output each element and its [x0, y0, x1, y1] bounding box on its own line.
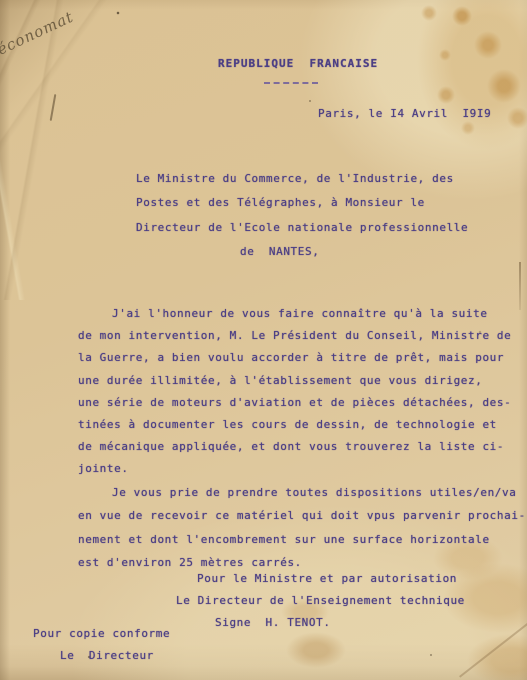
- letter-page: économat REPUBLIQUE FRANCAISE Paris, le …: [0, 0, 527, 680]
- right-edge-crease: [519, 262, 521, 310]
- corner-fold-crease: [459, 608, 527, 677]
- handwritten-annotation: économat: [0, 0, 120, 59]
- typed-line: Le Ministre du Commerce, de l'Industrie,…: [136, 167, 468, 191]
- typed-line: Postes et des Télégraphes, à Monsieur le: [136, 191, 468, 215]
- body-paragraph-2: Je vous prie de prendre toutes dispositi…: [78, 481, 526, 574]
- typed-line: de NANTES,: [136, 240, 468, 264]
- typed-line: Je vous prie de prendre toutes dispositi…: [78, 481, 526, 504]
- typed-line: jointe.: [78, 458, 511, 480]
- letterhead-title: REPUBLIQUE FRANCAISE: [218, 57, 378, 70]
- dateline: Paris, le I4 Avril I9I9: [318, 107, 491, 120]
- signature-role-line: Le Directeur de l'Enseignement technique: [176, 594, 465, 607]
- typed-line: une série de moteurs d'aviation et de pi…: [78, 392, 511, 414]
- pencil-mark: [50, 94, 57, 121]
- copy-conforme-note: Pour copie conforme: [33, 627, 170, 640]
- typed-line: une durée illimitée, à l'établissement q…: [78, 370, 511, 392]
- typed-line: la Guerre, a bien voulu accorder à titre…: [78, 347, 511, 369]
- signature-name-line: Signe H. TENOT.: [215, 616, 331, 629]
- signature-authority-line: Pour le Ministre et par autorisation: [197, 572, 457, 585]
- typed-line: J'ai l'honneur de vous faire connaître q…: [78, 303, 511, 325]
- typed-line: nement et dont l'encombrement sur une su…: [78, 528, 526, 551]
- typed-line: de mon intervention, M. Le Président du …: [78, 325, 511, 347]
- recipient-block: Le Ministre du Commerce, de l'Industrie,…: [136, 167, 468, 264]
- letterhead-divider: [264, 82, 318, 84]
- typed-line: tinées à documenter les cours de dessin,…: [78, 414, 511, 436]
- typed-line: Directeur de l'Ecole nationale professio…: [136, 216, 468, 240]
- copy-signatory: Le Directeur: [60, 649, 154, 662]
- typed-line: est d'environ 25 mètres carrés.: [78, 551, 526, 574]
- typed-line: en vue de recevoir ce matériel qui doit …: [78, 504, 526, 527]
- body-paragraph-1: J'ai l'honneur de vous faire connaître q…: [78, 303, 511, 481]
- typed-line: de mécanique appliquée, et dont vous tro…: [78, 436, 511, 458]
